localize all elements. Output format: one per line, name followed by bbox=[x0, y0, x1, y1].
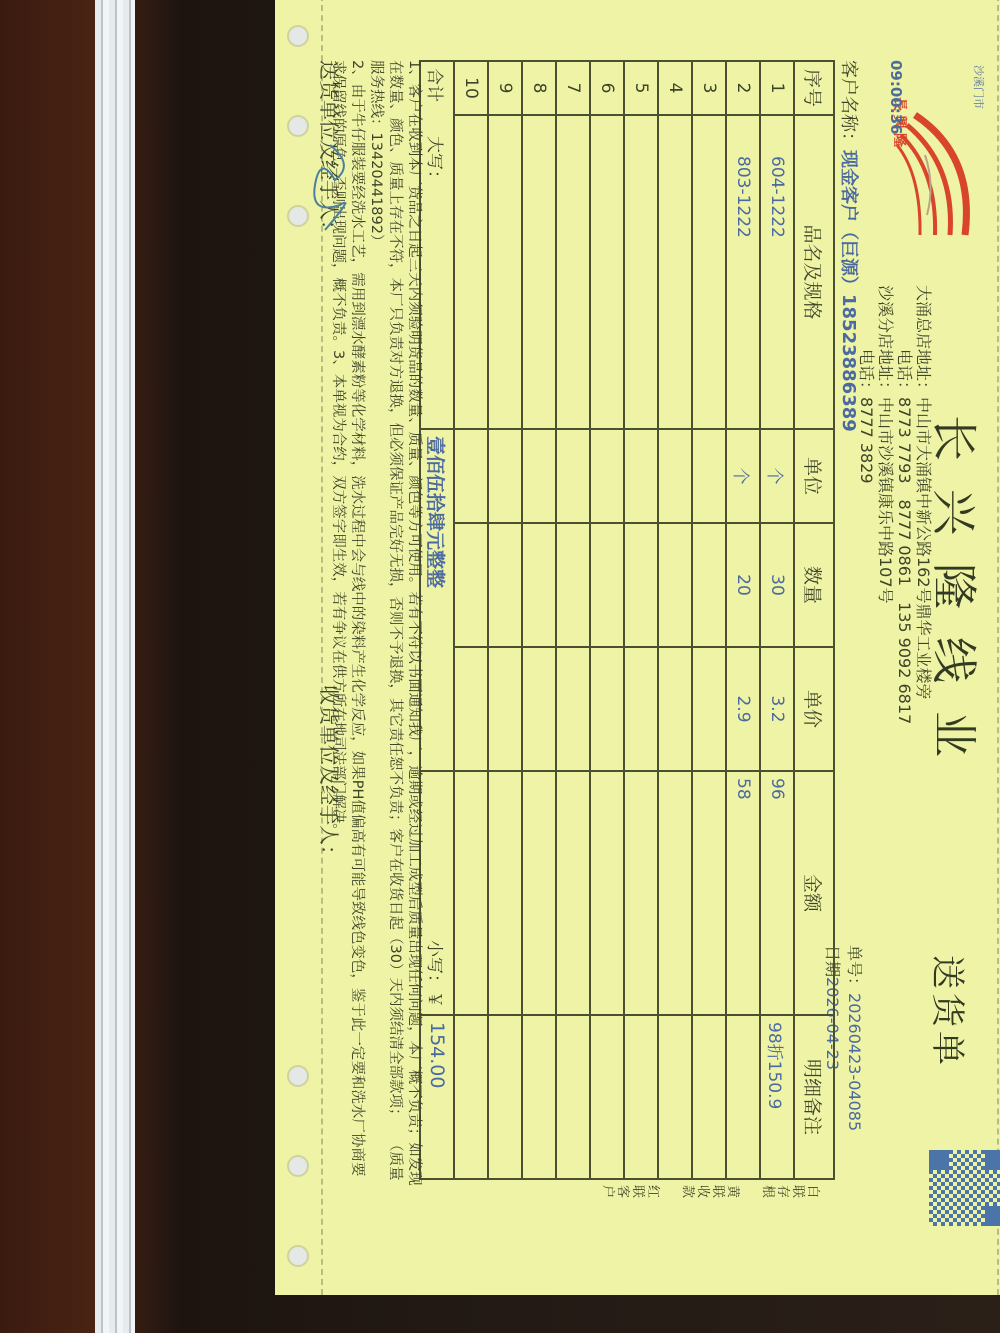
table-row: 2803-1222个202.958 bbox=[726, 61, 760, 1179]
table-row: 3 bbox=[692, 61, 726, 1179]
table-header: 序号品名及规格单位数量单价金额明细备注 bbox=[794, 61, 834, 1179]
table-row: 7 bbox=[556, 61, 590, 1179]
total-amount: 154.00 bbox=[420, 1015, 454, 1179]
total-row: 合计 大写： 壹佰伍拾肆元整整 小写：￥ 154.00 bbox=[420, 61, 454, 1179]
table-row: 4 bbox=[658, 61, 692, 1179]
delivery-note: 沙溪门市 沙溪门市 長興隆 09:00:36 长兴隆线业 送货单 大涌总店地址：… bbox=[275, 0, 1000, 1295]
address-block: 大涌总店地址：中山市大涌镇中新公路162号鼎华工业楼旁 电话：8773 7793… bbox=[857, 285, 933, 724]
table-row: 9 bbox=[488, 61, 522, 1179]
company-title: 长兴隆线业 bbox=[924, 415, 990, 785]
document-type: 送货单 bbox=[926, 955, 975, 1069]
print-time: 09:00:36 bbox=[887, 60, 905, 135]
copy-labels: 白联存根黄联收款红联客户 bbox=[580, 1185, 820, 1201]
table-row: 8 bbox=[522, 61, 556, 1179]
doc-number: 20260423-04085 bbox=[845, 993, 864, 1131]
handwritten-signature-icon bbox=[300, 135, 360, 245]
table-row: 1604-1222个303.29698折150.9 bbox=[760, 61, 794, 1179]
items-table: 序号品名及规格单位数量单价金额明细备注 1604-1222个303.29698折… bbox=[419, 60, 835, 1180]
table-row: 5 bbox=[624, 61, 658, 1179]
receiver-signature-label: 收货单位及经手人： bbox=[316, 685, 345, 865]
qr-code-icon bbox=[929, 1150, 1000, 1226]
table-row: 10 bbox=[454, 61, 488, 1179]
customer-name: 现金客户（巨源）18523886389 bbox=[838, 150, 859, 432]
total-in-words: 壹佰伍拾肆元整整 bbox=[420, 429, 454, 771]
customer-line: 客户名称：现金客户（巨源）18523886389 bbox=[837, 60, 863, 432]
perforation-line bbox=[997, 0, 999, 1295]
paper-stack-edge bbox=[95, 0, 135, 1333]
table-row: 6 bbox=[590, 61, 624, 1179]
